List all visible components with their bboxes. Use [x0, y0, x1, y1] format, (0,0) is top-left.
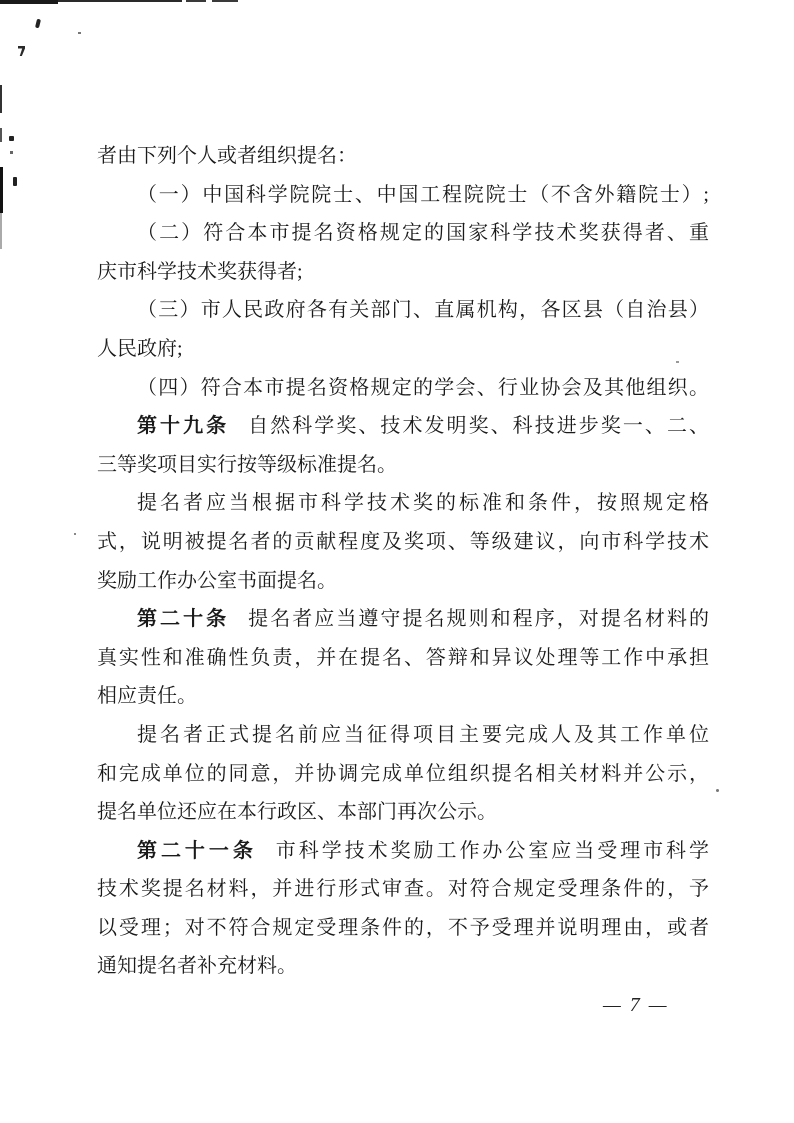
line-text: 提名单位还应在本行政区、本部门再次公示。	[97, 801, 497, 823]
text-line: 以受理；对不符合规定受理条件的，不予受理并说明理由，或者	[97, 909, 709, 948]
text-line: （一）中国科学院院士、中国工程院院士（不含外籍院士）;	[97, 176, 709, 215]
article-number: 第二十一条	[137, 840, 257, 862]
line-text: 市科学技术奖励工作办公室应当受理市科学	[276, 840, 709, 862]
text-line: 式，说明被提名者的贡献程度及奖项、等级建议，向市科学技术	[97, 523, 709, 562]
line-text: 提名者正式提名前应当征得项目主要完成人及其工作单位	[137, 724, 709, 746]
line-text: 提名者应当遵守提名规则和程序，对提名材料的	[248, 608, 709, 630]
line-text: （四）符合本市提名资格规定的学会、行业协会及其他组织。	[137, 377, 709, 399]
scan-artifact-speck	[9, 136, 14, 141]
line-text: 技术奖提名材料，并进行形式审查。对符合规定受理条件的，予	[97, 878, 709, 900]
scan-artifact-left-edge-mark	[0, 167, 3, 213]
line-text: 提名者应当根据市科学技术奖的标准和条件，按照规定格	[137, 492, 709, 514]
article-number: 第十九条	[137, 415, 229, 437]
scan-artifact-left-edge-mark	[0, 213, 2, 249]
line-text: 奖励工作办公室书面提名。	[97, 570, 337, 592]
scan-artifact-speck	[13, 177, 17, 186]
scan-artifact-left-edge-mark	[0, 128, 2, 142]
text-line: 相应责任。	[97, 677, 709, 716]
text-line: 者由下列个人或者组织提名：	[97, 137, 709, 176]
text-line: 技术奖提名材料，并进行形式审查。对符合规定受理条件的，予	[97, 870, 709, 909]
text-line: 三等奖项目实行按等级标准提名。	[97, 446, 709, 485]
scan-artifact-top-edge-dash	[212, 0, 238, 2]
scan-artifact-speck	[35, 19, 41, 29]
line-text: 和完成单位的同意，并协调完成单位组织提名相关材料并公示，	[97, 763, 709, 785]
line-text: （一）中国科学院院士、中国工程院院士（不含外籍院士）;	[137, 184, 709, 206]
line-text: 者由下列个人或者组织提名：	[97, 145, 357, 167]
text-line: 第二十条提名者应当遵守提名规则和程序，对提名材料的	[97, 600, 709, 639]
text-line: （三）市人民政府各有关部门、直属机构，各区县（自治县）	[97, 291, 709, 330]
text-line: 人民政府;	[97, 330, 709, 369]
text-line: 奖励工作办公室书面提名。	[97, 562, 709, 601]
text-line: 庆市科学技术奖获得者;	[97, 253, 709, 292]
text-line: （二）符合本市提名资格规定的国家科学技术奖获得者、重	[97, 214, 709, 253]
scan-artifact-speck	[716, 789, 719, 792]
scan-artifact-top-edge-dash	[186, 0, 206, 2]
text-line: 真实性和准确性负责，并在提名、答辩和异议处理等工作中承担	[97, 639, 709, 678]
article-number: 第二十条	[137, 608, 229, 630]
text-line: 第十九条自然科学奖、技术发明奖、科技进步奖一、二、	[97, 407, 709, 446]
text-line: 提名者应当根据市科学技术奖的标准和条件，按照规定格	[97, 484, 709, 523]
scan-artifact-top-edge-line	[58, 0, 182, 2]
line-text: 自然科学奖、技术发明奖、科技进步奖一、二、	[248, 415, 709, 437]
scan-artifact-speck	[10, 151, 13, 154]
scan-artifact-left-edge-mark	[0, 85, 2, 113]
text-line: 提名单位还应在本行政区、本部门再次公示。	[97, 793, 709, 832]
document-page: { "page": { "footer": { "page_number": "…	[0, 0, 794, 1123]
line-text: 通知提名者补充材料。	[97, 955, 297, 977]
scan-artifact-speck	[18, 46, 25, 56]
line-text: 以受理；对不符合规定受理条件的，不予受理并说明理由，或者	[97, 917, 709, 939]
line-text: 相应责任。	[97, 685, 197, 707]
scan-artifact-top-edge-line	[0, 0, 58, 4]
line-text: （二）符合本市提名资格规定的国家科学技术奖获得者、重	[137, 222, 709, 244]
line-text: 三等奖项目实行按等级标准提名。	[97, 454, 397, 476]
line-text: 式，说明被提名者的贡献程度及奖项、等级建议，向市科学技术	[97, 531, 709, 553]
text-line: 和完成单位的同意，并协调完成单位组织提名相关材料并公示，	[97, 755, 709, 794]
text-line: 提名者正式提名前应当征得项目主要完成人及其工作单位	[97, 716, 709, 755]
line-text: 真实性和准确性负责，并在提名、答辩和异议处理等工作中承担	[97, 647, 709, 669]
scan-artifact-speck	[78, 32, 81, 34]
scan-artifact-speck	[74, 533, 76, 535]
line-text: 庆市科学技术奖获得者;	[97, 261, 303, 283]
text-line: 通知提名者补充材料。	[97, 947, 709, 986]
page-number: — 7 —	[603, 994, 669, 1017]
line-text: （三）市人民政府各有关部门、直属机构，各区县（自治县）	[137, 299, 709, 321]
text-line: 第二十一条市科学技术奖励工作办公室应当受理市科学	[97, 832, 709, 871]
document-text-block: 者由下列个人或者组织提名： （一）中国科学院院士、中国工程院院士（不含外籍院士）…	[97, 137, 709, 986]
line-text: 人民政府;	[97, 338, 183, 360]
text-line: （四）符合本市提名资格规定的学会、行业协会及其他组织。	[97, 369, 709, 408]
